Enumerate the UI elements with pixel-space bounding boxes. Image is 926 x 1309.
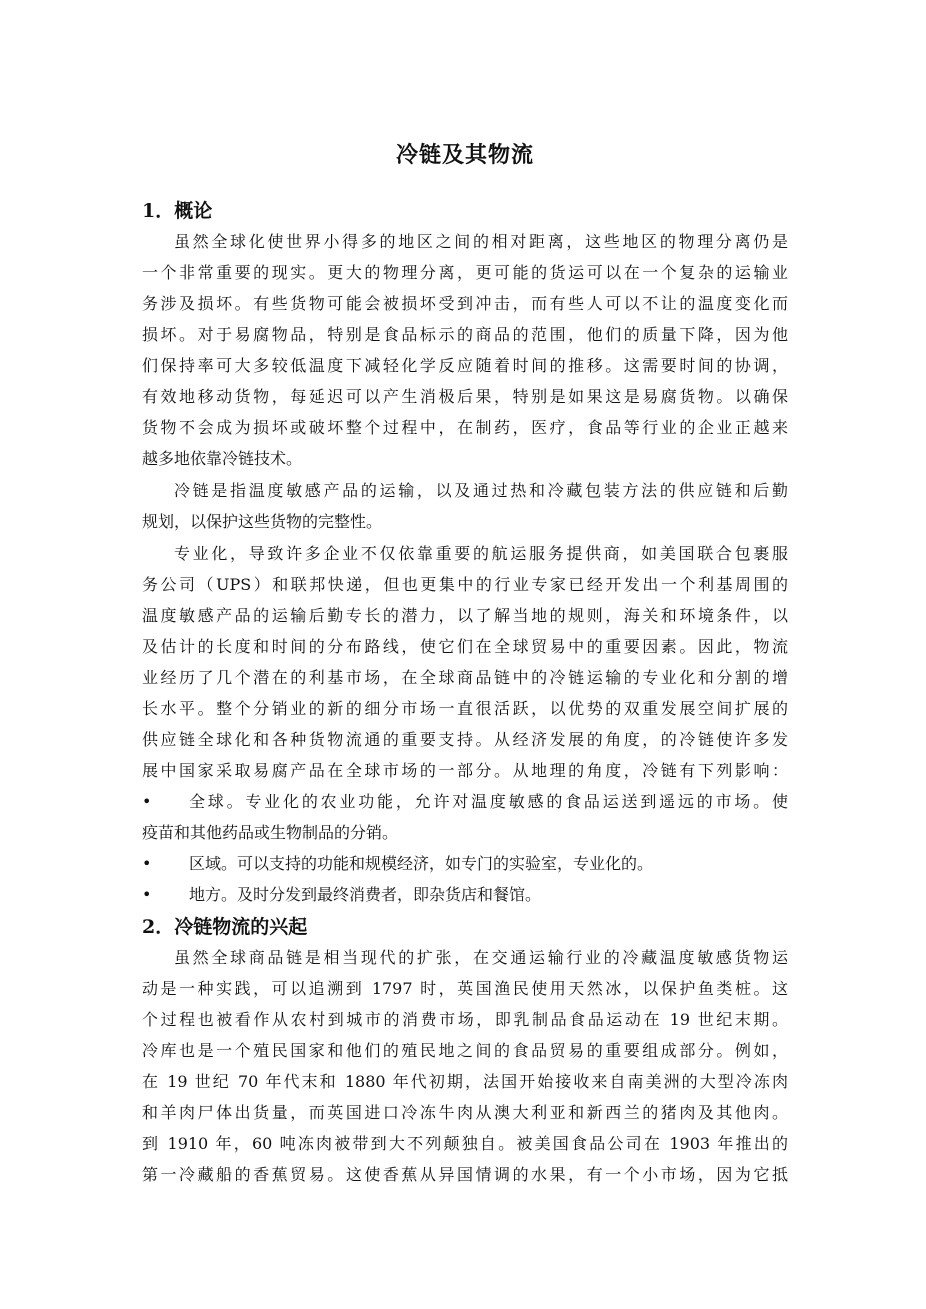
section-heading-2: 2．冷链物流的兴起: [142, 912, 307, 939]
text-line: 专业化，导致许多企业不仅依靠重要的航运服务提供商，如美国联合包裹服: [174, 542, 788, 566]
text-line: 虽然全球商品链是相当现代的扩张，在交通运输行业的冷藏温度敏感货物运: [174, 946, 788, 970]
text-line: 动是一种实践，可以追溯到 1797 时，英国渔民使用天然冰，以保护鱼类桩。这: [142, 977, 788, 1001]
text-line: 损坏。对于易腐物品，特别是食品标示的商品的范围，他们的质量下降，因为他: [142, 323, 788, 347]
text-line: 温度敏感产品的运输后勤专长的潜力，以了解当地的规则，海关和环境条件，以: [142, 604, 788, 628]
text-line: 冷库也是一个殖民国家和他们的殖民地之间的食品贸易的重要组成部分。例如，: [142, 1039, 788, 1063]
text-line: 规划，以保护这些货物的完整性。: [142, 510, 788, 534]
text-line: 在 19 世纪 70 年代末和 1880 年代初期，法国开始接收来自南美洲的大型…: [142, 1070, 788, 1094]
bullet-text: 全球。专业化的农业功能，允许对温度敏感的食品运送到遥远的市场。使: [189, 790, 788, 814]
bullet-marker: •: [142, 790, 151, 814]
text-line: 一个非常重要的现实。更大的物理分离，更可能的货运可以在一个复杂的运输业: [142, 261, 788, 285]
bullet-marker: •: [142, 852, 151, 876]
text-line: 越多地依靠冷链技术。: [142, 447, 788, 471]
text-line: 务公司（UPS）和联邦快递，但也更集中的行业专家已经开发出一个利基周围的: [142, 573, 788, 597]
text-line: 长水平。整个分销业的新的细分市场一直很活跃，以优势的双重发展空间扩展的: [142, 697, 788, 721]
text-line: 及估计的长度和时间的分布路线，使它们在全球贸易中的重要因素。因此，物流: [142, 635, 788, 659]
text-line: 展中国家采取易腐产品在全球市场的一部分。从地理的角度，冷链有下列影响：: [142, 759, 788, 783]
text-line: 和羊肉尸体出货量，而英国进口冷冻牛肉从澳大利亚和新西兰的猪肉及其他肉。: [142, 1101, 788, 1125]
bullet-text: 区域。可以支持的功能和规模经济，如专门的实验室，专业化的。: [189, 852, 653, 876]
text-line: 货物不会成为损坏或破坏整个过程中，在制药，医疗，食品等行业的企业正越来: [142, 416, 788, 440]
bullet-text-continuation: 疫苗和其他药品或生物制品的分销。: [142, 821, 788, 845]
text-line: 供应链全球化和各种货物流通的重要支持。从经济发展的角度，的冷链使许多发: [142, 728, 788, 752]
document-title: 冷链及其物流: [142, 138, 788, 169]
text-line: 务涉及损坏。有些货物可能会被损坏受到冲击，而有些人可以不让的温度变化而: [142, 292, 788, 316]
bullet-marker: •: [142, 883, 151, 907]
text-line: 们保持率可大多较低温度下减轻化学反应随着时间的推移。这需要时间的协调，: [142, 354, 788, 378]
text-line: 冷链是指温度敏感产品的运输，以及通过热和冷藏包装方法的供应链和后勤: [174, 479, 788, 503]
text-line: 第一冷藏船的香蕉贸易。这使香蕉从异国情调的水果，有一个小市场，因为它抵: [142, 1163, 788, 1187]
section-heading-1: 1．概论: [142, 196, 212, 223]
text-line: 虽然全球化使世界小得多的地区之间的相对距离，这些地区的物理分离仍是: [174, 230, 788, 254]
bullet-text: 地方。及时分发到最终消费者，即杂货店和餐馆。: [189, 883, 541, 907]
text-line: 个过程也被看作从农村到城市的消费市场，即乳制品食品运动在 19 世纪末期。: [142, 1008, 788, 1032]
text-line: 有效地移动货物，每延迟可以产生消极后果，特别是如果这是易腐货物。以确保: [142, 385, 788, 409]
text-line: 业经历了几个潜在的利基市场，在全球商品链中的冷链运输的专业化和分割的增: [142, 666, 788, 690]
text-line: 到 1910 年，60 吨冻肉被带到大不列颠独自。被美国食品公司在 1903 年…: [142, 1132, 788, 1156]
